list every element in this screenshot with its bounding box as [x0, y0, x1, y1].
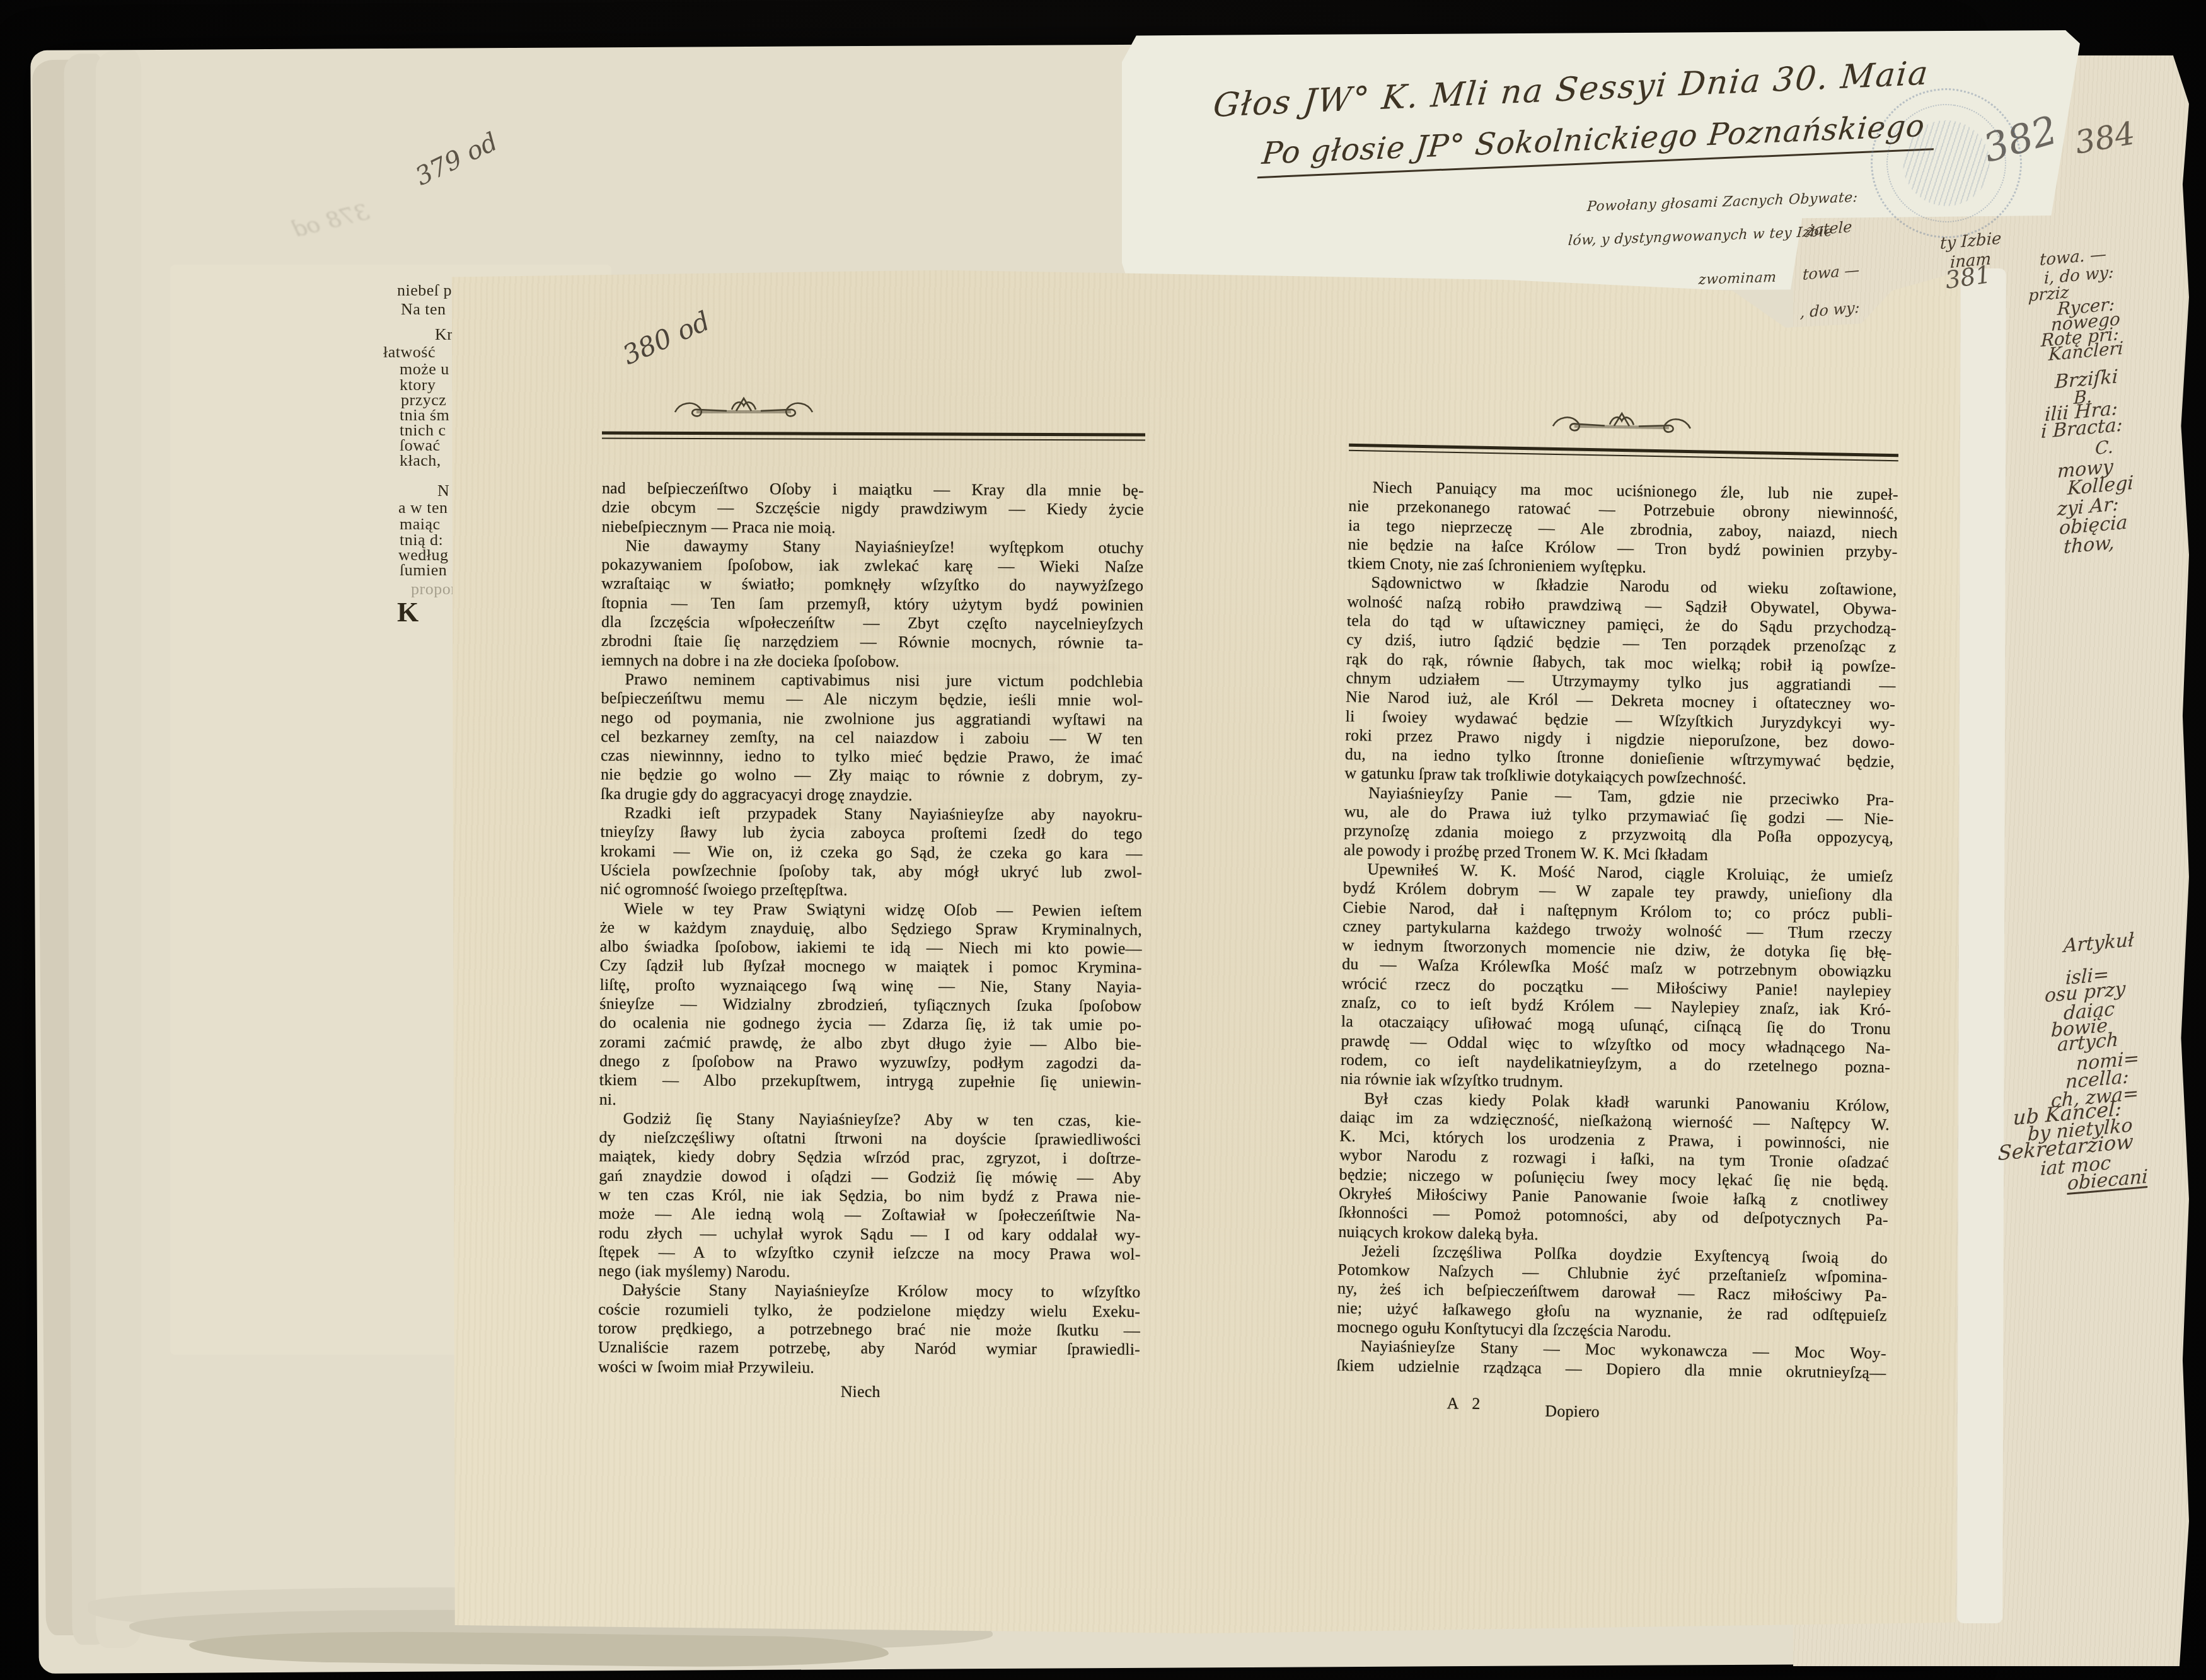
ornament-icon	[671, 393, 816, 422]
print-line: nego od poymania, nie zwolnione jus aggr…	[601, 708, 1143, 730]
double-rule	[1349, 444, 1898, 462]
print-line: liſtę, proſto wyznaiącego ſwą winę — Nie…	[599, 975, 1141, 997]
print-line: Uznaliście razem potrzebę, aby Naród wym…	[598, 1338, 1140, 1359]
print-line: ni.	[599, 1090, 1141, 1111]
print-line: Godziż ſię Stany Nayiaśnieyſze? Aby w te…	[599, 1109, 1141, 1131]
print-line: Czy ſądził lub ſłyſzał mocnego w maiątek…	[600, 956, 1142, 977]
print-line: cel bezkarney zemſty, na cel naiazdow i …	[601, 727, 1143, 749]
print-line: wzraſtaiąc w światło; pomknęły wſzyſtko …	[601, 574, 1143, 595]
print-line: może — Ale iedną wolą — Zoſtawiał w ſpoł…	[599, 1204, 1141, 1226]
print-line: krokami — Wie on, iż czeka go Sąd, że cz…	[600, 842, 1142, 863]
print-line: zbrodni ſtaie ſię narzędziem — Równie mo…	[601, 631, 1143, 653]
print-line: do ocalenia nie godnego życia — Zdarza ſ…	[599, 1013, 1141, 1035]
print-line: dnego z ſpoſobow na Prawo wyzuwſzy, podł…	[599, 1052, 1141, 1073]
print-line: że w każdym znayduię, albo Sędziego Spra…	[600, 918, 1142, 940]
print-line: czas niewinnny, iedno to tylko mieć będz…	[601, 746, 1143, 768]
print-line: w ten czas Król, nie iak Sędzia, bo nim …	[599, 1185, 1141, 1207]
print-line: Rzadki ieſt przypadek Stany Nayiaśnieyſz…	[601, 803, 1143, 825]
print-line: beſpieczeńſtwu memu — Ale niczym będzie,…	[601, 689, 1143, 710]
print-line: nie będzie go wolno — Zły maiąc to równi…	[601, 765, 1143, 786]
print-line: nego (iak myślemy) Narodu.	[598, 1262, 1140, 1283]
print-line: Nie dawaymy Stany Nayiaśnieyſze! wyſtępk…	[601, 536, 1143, 558]
catchword: Niech	[841, 1383, 881, 1401]
printed-bifolium: nad beſpieczeńſtwo Oſoby i maiątku — Kra…	[441, 265, 1960, 1633]
print-line: Uściela powſzechnie ſpoſoby tak, aby móg…	[600, 861, 1142, 882]
printed-column-left: nad beſpieczeńſtwo Oſoby i maiątku — Kra…	[598, 479, 1144, 1379]
print-line: śnieyſze — Widzialny zbrodzień, tyſiączn…	[599, 994, 1141, 1016]
signature-mark: A 2	[1447, 1394, 1485, 1413]
print-line: torow prędkiego, a potrzebnego brać nie …	[598, 1319, 1140, 1340]
print-line: wości w ſwoim miał Przywileiu.	[598, 1357, 1140, 1379]
print-line: nić ogromność ſwoiego przeſtępſtwa.	[600, 880, 1142, 901]
print-line: ſtępek — A to wſzyſtko czynił ieſzcze na…	[599, 1243, 1141, 1264]
print-line: dla ſzczęścia wſpołeczeńſtw — Zbyt częſt…	[601, 613, 1143, 634]
print-line: Prawo neminem captivabimus nisi jure vic…	[601, 670, 1143, 691]
print-line: gań znaydzie dowod i oſądzi — Godziż ſię…	[599, 1166, 1141, 1188]
print-line: ſka drugie gdy do aggracyacyi drogę znay…	[601, 785, 1143, 806]
double-rule	[602, 431, 1145, 440]
print-line: tnieyſzy ſławy lub życia zaboyca proſtem…	[600, 822, 1142, 844]
print-line: dzie obcym — Szczęście nigdy prawdziwym …	[602, 498, 1144, 519]
print-line: Dałyście Stany Nayiaśnieyſze Królow mocy…	[598, 1280, 1140, 1302]
print-line: Wiele w tey Praw Swiątyni widzę Oſob — P…	[600, 899, 1142, 921]
print-line: pokazywaniem ſpoſobow, iak zwlekać karę …	[601, 555, 1143, 577]
print-line: rodu złych — uchylał wyrok Sądu — I od k…	[599, 1224, 1141, 1245]
printed-column-right: Niech Panuiący ma moc uciśnionego źle, l…	[1336, 478, 1898, 1383]
print-line: maiątek, kiedy dobry Sędzia wſrzód prac,…	[599, 1147, 1141, 1168]
note-fragment: zwominam	[1698, 270, 1777, 288]
print-line: zorami zaćmić prawdę, że albo zbyt długo…	[599, 1033, 1141, 1054]
print-line: coście rozumieli tylko, że podzielone mi…	[598, 1300, 1140, 1321]
archival-document-scan: niebeſ piNa tenKrłatwośćmoże uktoryprzyc…	[0, 0, 2206, 1680]
print-line: nad beſpieczeńſtwo Oſoby i maiątku — Kra…	[602, 479, 1144, 500]
print-line: dy nieſzczęśliwy oſtatni ſtrwoni na doyś…	[599, 1128, 1141, 1149]
ornament-icon	[1549, 407, 1695, 439]
print-line: tkiem — Albo przekupſtwem, intrygą zupeł…	[599, 1071, 1141, 1092]
catchword: Dopiero	[1545, 1401, 1600, 1421]
print-line: albo świadka ſpoſobow, iakiemi te idą — …	[600, 937, 1142, 958]
print-line: iemnych na dobre i na złe docieka ſpoſob…	[601, 651, 1143, 672]
print-line: ſtopnia — Ten ſam przemyſł, który użytym…	[601, 594, 1143, 615]
print-line: niebeſpiecznym — Praca nie moią.	[602, 517, 1144, 539]
